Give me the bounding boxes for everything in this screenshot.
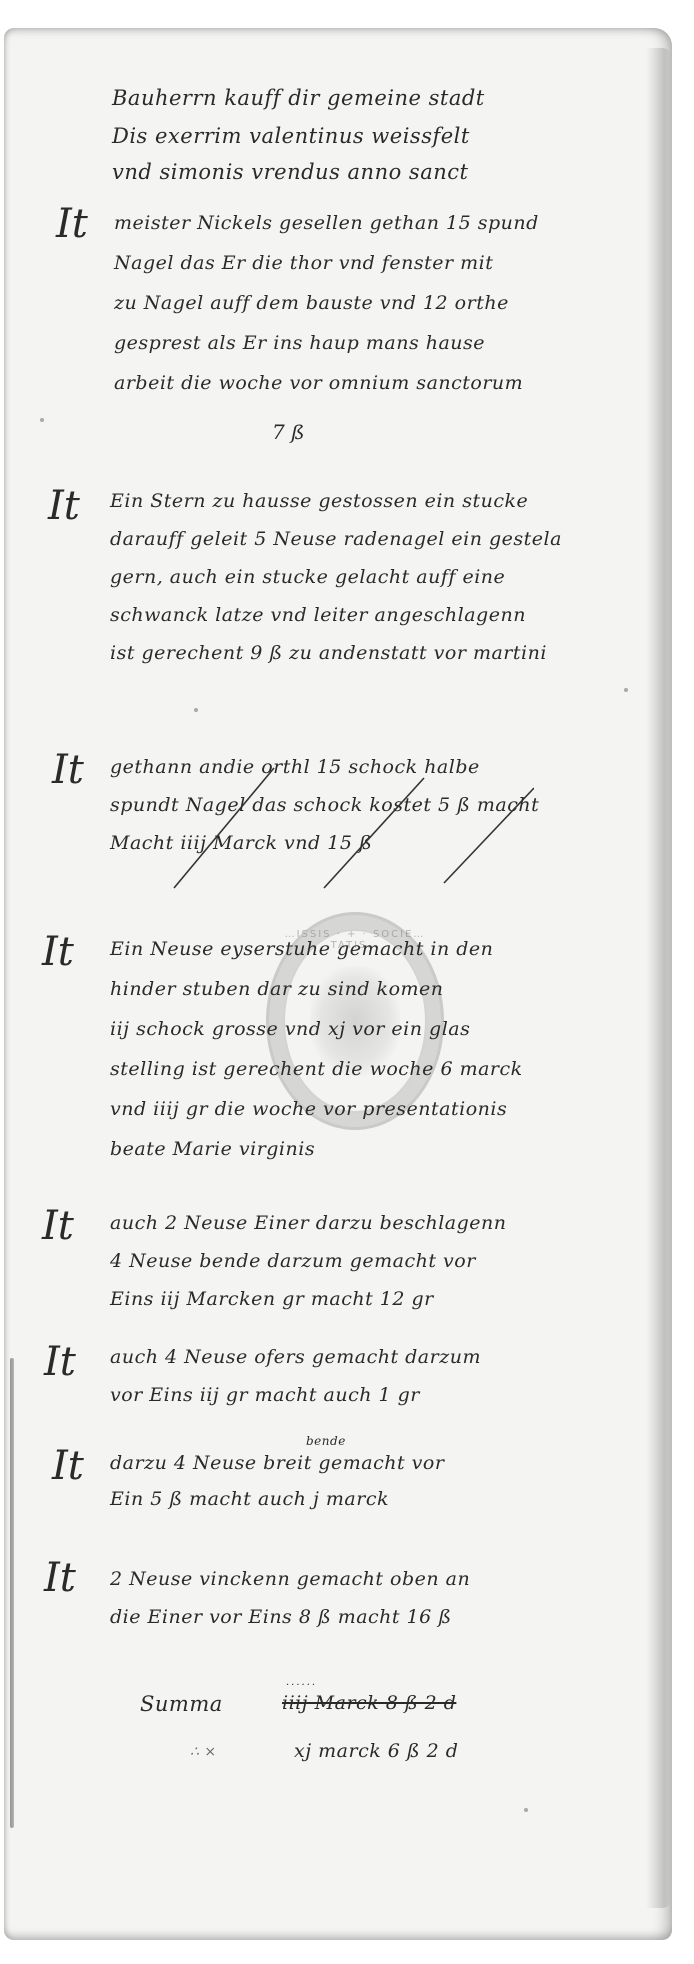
item-marker: It	[48, 486, 80, 526]
entry-4-line-3: iij schock grosse vnd xj vor ein glas	[110, 1018, 470, 1040]
entry-1-line-5: arbeit die woche vor omnium sanctorum	[114, 372, 523, 394]
item-marker: It	[44, 1558, 76, 1598]
summary-struck-total: iiij Marck 8 ß 2 d	[282, 1692, 456, 1714]
entry-2-line-5: ist gerechent 9 ß zu andenstatt vor mart…	[110, 642, 547, 664]
summary-dotted-mark: ······	[286, 1680, 317, 1691]
paper-speck	[194, 708, 198, 712]
manuscript-page: …ISSIS · + · SOCIE…TATIS… Bauherrn kauff…	[4, 28, 672, 1940]
item-marker: It	[52, 1446, 84, 1486]
entry-1-line-2: Nagel das Er die thor vnd fenster mit	[114, 252, 493, 274]
entry-5-line-2: 4 Neuse bende darzum gemacht vor	[110, 1250, 476, 1272]
entry-1-line-3: zu Nagel auff dem bauste vnd 12 orthe	[114, 292, 509, 314]
heading-line-3: vnd simonis vrendus anno sanct	[112, 160, 468, 184]
entry-7-superscript: bende	[306, 1434, 346, 1448]
entry-2-line-2: darauff geleit 5 Neuse radenagel ein ges…	[110, 528, 562, 550]
paper-speck	[624, 688, 628, 692]
entry-4-line-6: beate Marie virginis	[110, 1138, 315, 1160]
binding-string	[10, 1358, 14, 1828]
entry-3-line-3: Macht iiij Marck vnd 15 ß	[110, 832, 372, 854]
page-right-edge	[646, 48, 672, 1908]
heading-line-2: Dis exerrim valentinus weissfelt	[112, 124, 470, 148]
entry-8-line-1: 2 Neuse vinckenn gemacht oben an	[110, 1568, 470, 1590]
entry-3-line-2: spundt Nagel das schock kostet 5 ß macht	[110, 794, 539, 816]
heading-line-1: Bauherrn kauff dir gemeine stadt	[112, 86, 485, 110]
paper-speck	[524, 1808, 528, 1812]
entry-4-line-1: Ein Neuse eyserstuhe gemacht in den	[110, 938, 493, 960]
entry-8-line-2: die Einer vor Eins 8 ß macht 16 ß	[110, 1606, 452, 1628]
entry-5-line-3: Eins iij Marcken gr macht 12 gr	[110, 1288, 434, 1310]
item-marker: It	[52, 750, 84, 790]
entry-6-line-2: vor Eins iij gr macht auch 1 gr	[110, 1384, 420, 1406]
summary-corrected-total: xj marck 6 ß 2 d	[294, 1740, 458, 1762]
entry-1-line-4: gesprest als Er ins haup mans hause	[114, 332, 485, 354]
item-marker: It	[56, 204, 88, 244]
summary-margin-marks: ∴ ×	[190, 1744, 217, 1760]
entry-2-line-3: gern, auch ein stucke gelacht auff eine	[110, 566, 505, 588]
entry-2-line-4: schwanck latze vnd leiter angeschlagenn	[110, 604, 526, 626]
entry-1-line-1: meister Nickels gesellen gethan 15 spund	[114, 212, 539, 234]
entry-7-line-1: darzu 4 Neuse breit gemacht vor	[110, 1452, 444, 1474]
item-marker: It	[42, 932, 74, 972]
paper-speck	[40, 418, 44, 422]
entry-4-line-2: hinder stuben dar zu sind komen	[110, 978, 444, 1000]
entry-4-line-5: vnd iiij gr die woche vor presentationis	[110, 1098, 507, 1120]
entry-3-line-1: gethann andie orthl 15 schock halbe	[110, 756, 480, 778]
item-marker: It	[42, 1206, 74, 1246]
entry-5-line-1: auch 2 Neuse Einer darzu beschlagenn	[110, 1212, 506, 1234]
entry-2-line-1: Ein Stern zu hausse gestossen ein stucke	[110, 490, 528, 512]
entry-4-line-4: stelling ist gerechent die woche 6 marck	[110, 1058, 523, 1080]
entry-1-amount: 7 ß	[272, 420, 304, 444]
item-marker: It	[44, 1342, 76, 1382]
summary-label: Summa	[140, 1692, 223, 1716]
entry-7-line-2: Ein 5 ß macht auch j marck	[110, 1488, 389, 1510]
entry-6-line-1: auch 4 Neuse ofers gemacht darzum	[110, 1346, 481, 1368]
